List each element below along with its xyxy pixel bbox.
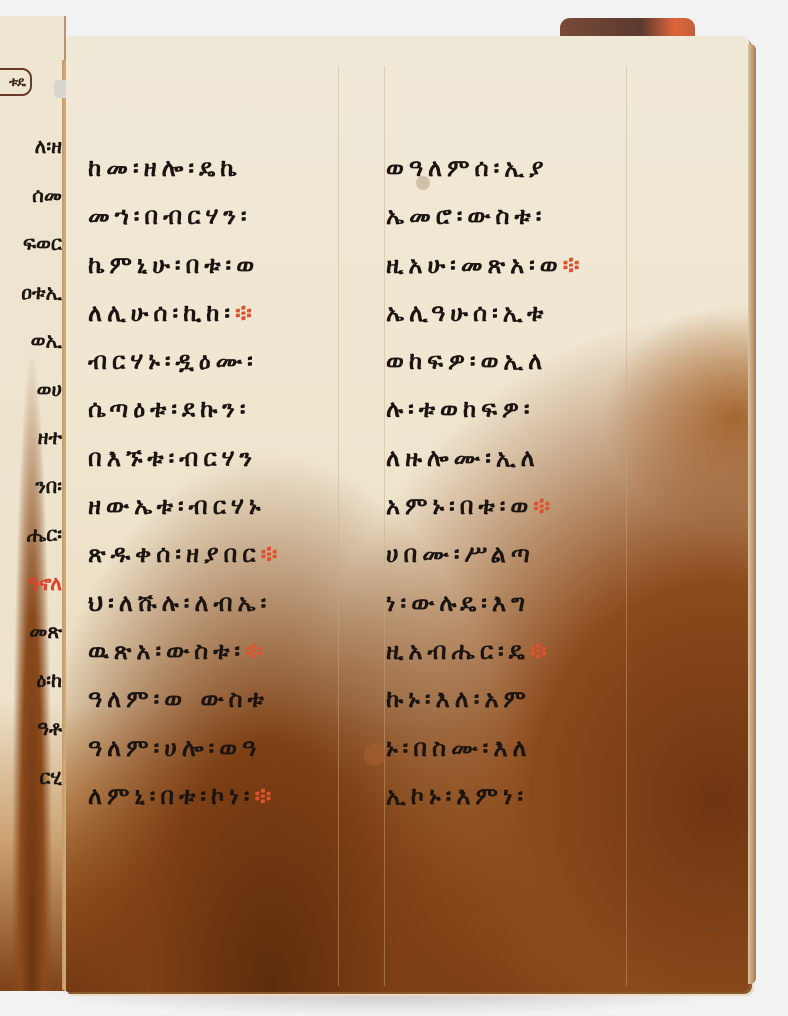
line-text: ኤሊዓሁሰ፡ኢቱ xyxy=(386,298,548,327)
line-text: ከመ፡ዘሎ፡ዴኬ xyxy=(88,153,242,182)
left-page-line: ዓቶ xyxy=(37,716,62,740)
line-text: ዉጽአ፡ውስቱ፡ xyxy=(88,636,245,665)
ruling-line xyxy=(384,66,385,986)
line-text: ዓለም፡ወ ውስቱ xyxy=(88,684,269,713)
book-cover-edge xyxy=(560,18,695,38)
line-text: ለዙሎሙ፡ኢለ xyxy=(386,443,540,472)
manuscript-line: ኑ፡በስሙ፡እለ xyxy=(386,724,666,772)
manuscript-line: አምኑ፡በቱ፡ወ፨ xyxy=(386,482,666,530)
ink-stain xyxy=(364,744,386,766)
manuscript-line: ኢኮኑ፡እምነ፡ xyxy=(386,772,666,820)
line-text: ሀበሙ፡ሥልጣ xyxy=(386,539,535,568)
page-fore-edge xyxy=(748,44,756,984)
manuscript-line: ከመ፡ዘሎ፡ዴኬ xyxy=(88,144,358,192)
left-page-line: ወኢ xyxy=(31,328,62,352)
manuscript-photo: ቱዴ ለ፡ዘሰመፍወርዐቱኢወኢወሀዘተንበ፡ሔር፡ዓኖለመጽዕ፡ከዓቶርሂ ከ… xyxy=(0,0,788,1016)
rubric-marker: ፨ xyxy=(533,491,555,520)
book-shadow xyxy=(20,990,750,1016)
line-text: ጽዱቀሰ፡ዘያበር xyxy=(88,539,261,568)
manuscript-line: ነ፡ውሉዴ፡እግ xyxy=(386,579,666,627)
rubric-marker: ፨ xyxy=(245,636,267,665)
manuscript-line: በእኙቱ፡ብርሃን xyxy=(88,434,358,482)
left-page-fragment: ቱዴ ለ፡ዘሰመፍወርዐቱኢወኢወሀዘተንበ፡ሔር፡ዓኖለመጽዕ፡ከዓቶርሂ xyxy=(0,16,66,991)
line-text: በእኙቱ፡ብርሃን xyxy=(88,443,257,472)
left-page-line: ዓኖለ xyxy=(27,571,62,595)
manuscript-line: ለሊሁሰ፡ኪከ፡፨ xyxy=(88,289,358,337)
manuscript-line: ጽዱቀሰ፡ዘያበር፨ xyxy=(88,530,358,578)
line-text: ዘውኤቱ፡ብርሃኑ xyxy=(88,491,266,520)
line-text: ኤመሮ፡ውስቱ፡ xyxy=(386,201,546,230)
left-page-line: ፍወር xyxy=(23,231,62,255)
line-text: መኀ፡በብርሃን፡ xyxy=(88,201,252,230)
line-text: ብርሃኑ፡ዷዕሙ፡ xyxy=(88,346,258,375)
manuscript-line: ዓለም፡ሀሎ፡ወዓ xyxy=(88,724,358,772)
manuscript-line: ኤመሮ፡ውስቱ፡ xyxy=(386,192,666,240)
manuscript-line: ወከፍዎ፡ወኢለ xyxy=(386,337,666,385)
left-page-line: ዐቱኢ xyxy=(21,280,62,304)
left-page-line: ለ፡ዘ xyxy=(35,134,62,158)
manuscript-line: ሉ፡ቱወከፍዎ፡ xyxy=(386,385,666,433)
rubric-marker: ፨ xyxy=(235,298,257,327)
manuscript-line: ህ፡ለሹሉ፡ለብኤ፡ xyxy=(88,579,358,627)
line-text: ወዓለምሰ፡ኢያ xyxy=(386,153,549,182)
text-column-left: ከመ፡ዘሎ፡ዴኬመኀ፡በብርሃን፡ኬምኒሁ፡በቱ፡ወለሊሁሰ፡ኪከ፡፨ብርሃኑ፡… xyxy=(88,144,358,820)
left-page-line: ሔር፡ xyxy=(27,522,62,546)
manuscript-line: ወዓለምሰ፡ኢያ xyxy=(386,144,666,192)
left-page-line: ወሀ xyxy=(37,377,62,401)
line-text: ኬምኒሁ፡በቱ፡ወ xyxy=(88,250,259,279)
rubric-marker: ፨ xyxy=(254,781,276,810)
manuscript-line: ኤሊዓሁሰ፡ኢቱ xyxy=(386,289,666,337)
manuscript-line: ሀበሙ፡ሥልጣ xyxy=(386,530,666,578)
line-text: ለምኒ፡በቱ፡ኮነ፡ xyxy=(88,781,254,810)
line-text: ሉ፡ቱወከፍዎ፡ xyxy=(386,394,535,423)
manuscript-line: ዓለም፡ወ ውስቱ xyxy=(88,675,358,723)
line-text: ህ፡ለሹሉ፡ለብኤ፡ xyxy=(88,588,271,617)
manuscript-line: ኩኑ፡እለ፡አም xyxy=(386,675,666,723)
text-column-right: ወዓለምሰ፡ኢያኤመሮ፡ውስቱ፡ዚአሁ፡መጽአ፡ወ፨ኤሊዓሁሰ፡ኢቱወከፍዎ፡ወ… xyxy=(386,144,666,820)
rubric-marker: ፨ xyxy=(563,250,585,279)
left-page-line: ዕ፡ከ xyxy=(36,668,62,692)
recto-page: ከመ፡ዘሎ፡ዴኬመኀ፡በብርሃን፡ኬምኒሁ፡በቱ፡ወለሊሁሰ፡ኪከ፡፨ብርሃኑ፡… xyxy=(66,36,750,992)
line-text: ነ፡ውሉዴ፡እግ xyxy=(386,588,530,617)
line-text: ለሊሁሰ፡ኪከ፡ xyxy=(88,298,235,327)
line-text: ዓለም፡ሀሎ፡ወዓ xyxy=(88,733,261,762)
line-text: ኢኮኑ፡እምነ፡ xyxy=(386,781,528,810)
line-text: ኩኑ፡እለ፡አም xyxy=(386,684,531,713)
left-page-line: ዘተ xyxy=(38,425,62,449)
manuscript-line: መኀ፡በብርሃን፡ xyxy=(88,192,358,240)
line-text: ወከፍዎ፡ወኢለ xyxy=(386,346,547,375)
manuscript-line: ዚአብሔር፡ዴ፨ xyxy=(386,627,666,675)
left-page-line: ሰመ xyxy=(32,183,62,207)
line-text: ኑ፡በስሙ፡እለ xyxy=(386,733,532,762)
manuscript-line: ሴጣዕቱ፡ደኩን፡ xyxy=(88,385,358,433)
manuscript-line: ዉጽአ፡ውስቱ፡፨ xyxy=(88,627,358,675)
left-page-line: ንበ፡ xyxy=(35,474,62,498)
line-text: ሴጣዕቱ፡ደኩን፡ xyxy=(88,394,251,423)
line-text: አምኑ፡በቱ፡ወ xyxy=(386,491,533,520)
manuscript-line: ለዙሎሙ፡ኢለ xyxy=(386,434,666,482)
manuscript-line: ኬምኒሁ፡በቱ፡ወ xyxy=(88,241,358,289)
manuscript-line: ዘውኤቱ፡ብርሃኑ xyxy=(88,482,358,530)
line-text: ዚአሁ፡መጽአ፡ወ xyxy=(386,250,563,279)
left-page-line: ርሂ xyxy=(39,765,62,789)
rubric-marker: ፨ xyxy=(261,539,283,568)
rubric-marker: ፨ xyxy=(530,636,552,665)
manuscript-line: ዚአሁ፡መጽአ፡ወ፨ xyxy=(386,241,666,289)
manuscript-line: ብርሃኑ፡ዷዕሙ፡ xyxy=(88,337,358,385)
left-page-title-box: ቱዴ xyxy=(0,68,32,96)
line-text: ዚአብሔር፡ዴ xyxy=(386,636,530,665)
left-page-line: መጽ xyxy=(29,619,62,643)
manuscript-line: ለምኒ፡በቱ፡ኮነ፡፨ xyxy=(88,772,358,820)
